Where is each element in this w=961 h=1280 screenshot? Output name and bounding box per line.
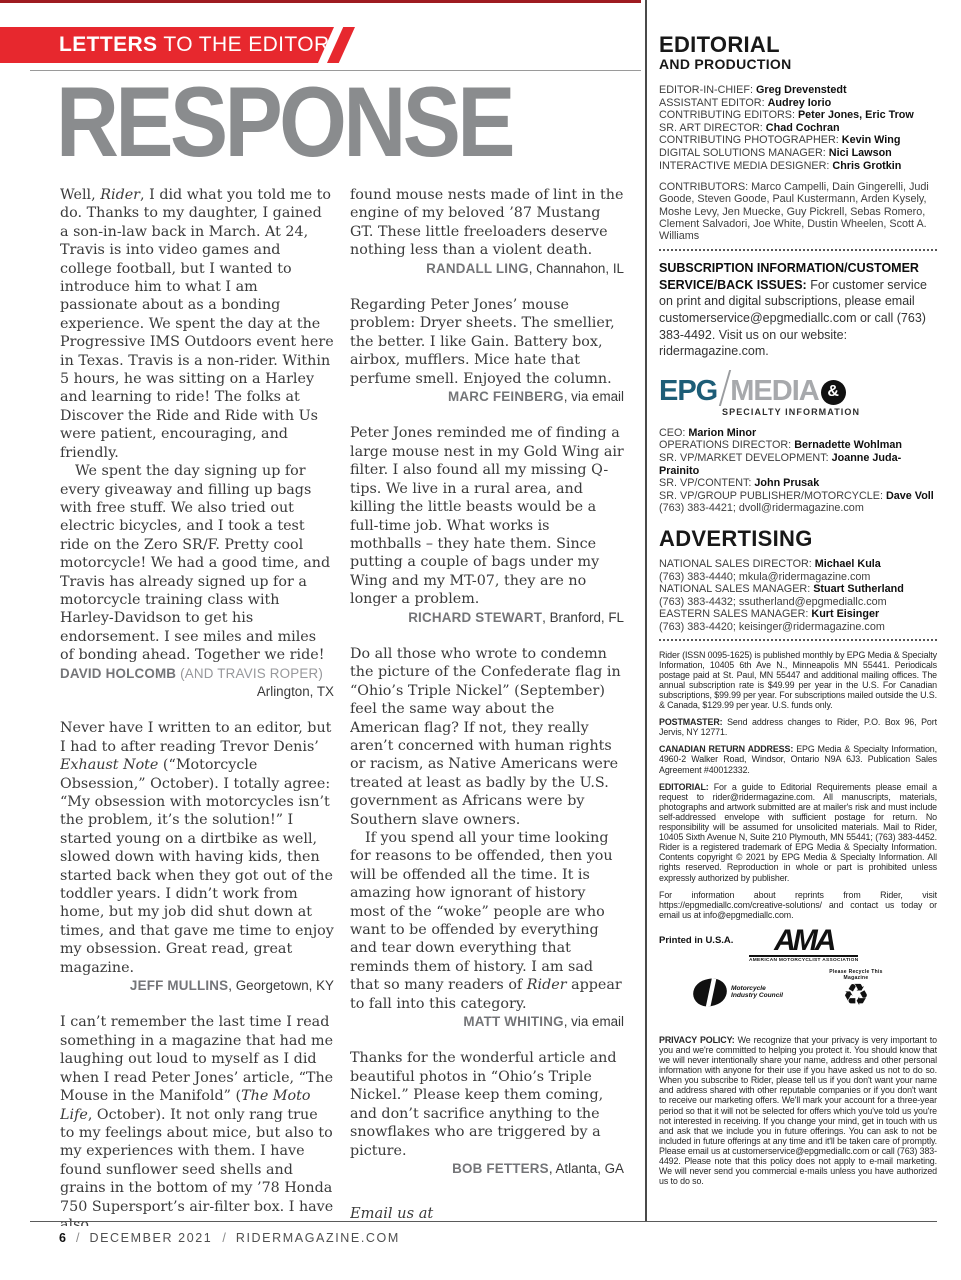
staff-credit: ASSISTANT EDITOR: Audrey Iorio xyxy=(659,97,937,110)
editorial-fine-print: EDITORIAL: For a guide to Editorial Requ… xyxy=(659,782,937,883)
advertising-staff-list: NATIONAL SALES DIRECTOR: Michael Kula (7… xyxy=(659,558,937,634)
staff-credit: EASTERN SALES MANAGER: Kurt Eisinger xyxy=(659,608,937,621)
masthead-sidebar: EDITORIAL AND PRODUCTION EDITOR-IN-CHIEF… xyxy=(659,33,937,1223)
staff-contact: (763) 383-4420; keisinger@ridermagazine.… xyxy=(659,621,937,634)
recycle-logo: Please Recycle This Magazine ♻ xyxy=(817,969,895,1011)
publication-fine-print: Rider (ISSN 0095-1625) is published mont… xyxy=(659,650,937,711)
staff-credit: NATIONAL SALES MANAGER: Stuart Sutherlan… xyxy=(659,583,937,596)
subscription-info: SUBSCRIPTION INFORMATION/CUSTOMER SERVIC… xyxy=(659,260,937,360)
mic-wheel-icon xyxy=(690,975,730,1009)
banner-label-rest: TO THE EDITOR xyxy=(157,33,329,57)
staff-contact: (763) 383-4432; ssutherland@epgmediallc.… xyxy=(659,596,937,609)
letter-signature: RANDALL LING, Channahon, IL xyxy=(350,260,624,278)
staff-credit: SR. VP/MARKET DEVELOPMENT: Joanne Juda-P… xyxy=(659,452,937,477)
mic-logo-caption: Motorcycle Industry Council xyxy=(731,985,785,1000)
letter-paragraph: Never have I written to an editor, but I… xyxy=(60,719,334,977)
letters-column-1: Well, Rider, I did what you told me to d… xyxy=(60,186,334,1226)
staff-credit: SR. VP/CONTENT: John Prusak xyxy=(659,477,937,490)
staff-contact: (763) 383-4440; mkula@ridermagazine.com xyxy=(659,571,937,584)
footer-separator: / xyxy=(76,1231,79,1245)
letter-signature: MATT WHITING, via email xyxy=(350,1013,624,1031)
advertising-heading: ADVERTISING xyxy=(659,527,937,550)
letter-paragraph: We spent the day signing up for every gi… xyxy=(60,462,334,664)
letter-signature: MARC FEINBERG, via email xyxy=(350,388,624,406)
dotted-divider xyxy=(659,639,937,641)
column-divider-rule xyxy=(645,0,647,1221)
printed-in-usa-label: Printed in U.S.A. xyxy=(659,935,733,946)
letter-signature: DAVID HOLCOMB (AND TRAVIS ROPER) xyxy=(60,665,334,683)
staff-credit: SR. VP/GROUP PUBLISHER/MOTORCYCLE: Dave … xyxy=(659,490,937,503)
staff-credit: NATIONAL SALES DIRECTOR: Michael Kula xyxy=(659,558,937,571)
canadian-return-fine-print: CANADIAN RETURN ADDRESS: EPG Media & Spe… xyxy=(659,744,937,774)
top-accent-rule xyxy=(0,0,641,3)
page-title: RESPONSE xyxy=(56,72,512,171)
letter-paragraph: Peter Jones reminded me of finding a lar… xyxy=(350,424,624,608)
letter-paragraph: Do all those who wrote to condemn the pi… xyxy=(350,645,624,829)
letters-column-2: found mouse nests made of lint in the en… xyxy=(350,186,624,1226)
postmaster-fine-print: POSTMASTER: Send address changes to Ride… xyxy=(659,717,937,737)
letters-to-editor-banner: LETTERS TO THE EDITOR xyxy=(0,27,334,63)
letter-signature: BOB FETTERS, Atlanta, GA xyxy=(350,1160,624,1178)
staff-credit: CEO: Marion Minor xyxy=(659,427,937,440)
letter-paragraph: I can’t remember the last time I read so… xyxy=(60,1013,334,1226)
letter-paragraph: found mouse nests made of lint in the en… xyxy=(350,186,624,260)
letter-signature: JEFF MULLINS, Georgetown, KY xyxy=(60,977,334,995)
ama-logo: AMA AMERICAN MOTORCYCLIST ASSOCIATION xyxy=(749,927,858,963)
staff-credit: OPERATIONS DIRECTOR: Bernadette Wohlman xyxy=(659,439,937,452)
editorial-subheading: AND PRODUCTION xyxy=(659,56,937,72)
editorial-heading: EDITORIAL xyxy=(659,33,937,56)
corporate-staff-list: CEO: Marion Minor OPERATIONS DIRECTOR: B… xyxy=(659,427,937,515)
ama-logo-text: AMA xyxy=(749,927,858,954)
staff-credit: DIGITAL SOLUTIONS MANAGER: Nici Lawson xyxy=(659,147,937,160)
magazine-page: LETTERS TO THE EDITOR RESPONSE Well, Rid… xyxy=(0,0,961,1280)
page-number: 6 xyxy=(59,1231,66,1245)
issue-date: DECEMBER 2021 xyxy=(89,1231,212,1245)
staff-credit: CONTRIBUTING PHOTOGRAPHER: Kevin Wing xyxy=(659,134,937,147)
page-footer: 6 / DECEMBER 2021 / RIDERMAGAZINE.COM xyxy=(59,1231,400,1245)
letter-paragraph: Thanks for the wonderful article and bea… xyxy=(350,1049,624,1159)
letter-signature: RICHARD STEWART, Branford, FL xyxy=(350,609,624,627)
recycle-icon: ♻ xyxy=(817,981,895,1011)
association-logos: Printed in U.S.A. AMA AMERICAN MOTORCYCL… xyxy=(659,927,937,1029)
email-us-note: Email us at rider@ridermagazine.com. xyxy=(350,1204,624,1226)
footer-rule xyxy=(30,1221,937,1222)
epg-ampersand-badge: & xyxy=(821,380,846,405)
staff-contact: (763) 383-4421; dvoll@ridermagazine.com xyxy=(659,502,937,515)
editorial-staff-list: EDITOR-IN-CHIEF: Greg Drevenstedt ASSIST… xyxy=(659,84,937,172)
epg-media-text: MEDIA xyxy=(730,377,818,406)
dotted-divider xyxy=(659,249,937,251)
staff-credit: CONTRIBUTING EDITORS: Peter Jones, Eric … xyxy=(659,109,937,122)
epg-media-logo: EPG MEDIA & SPECIALTY INFORMATION xyxy=(659,370,937,417)
website-url: RIDERMAGAZINE.COM xyxy=(236,1231,400,1245)
reprints-fine-print: For information about reprints from Ride… xyxy=(659,890,937,920)
staff-credit: EDITOR-IN-CHIEF: Greg Drevenstedt xyxy=(659,84,937,97)
letter-paragraph: Regarding Peter Jones’ mouse problem: Dr… xyxy=(350,296,624,388)
banner-label-bold: LETTERS xyxy=(59,33,157,57)
letter-signature-location: Arlington, TX xyxy=(60,683,334,701)
mic-logo: Motorcycle Industry Council xyxy=(693,979,785,1006)
staff-credit: SR. ART DIRECTOR: Chad Cochran xyxy=(659,122,937,135)
letter-paragraph: If you spend all your time looking for r… xyxy=(350,829,624,1013)
privacy-policy: PRIVACY POLICY: We recognize that your p… xyxy=(659,1035,937,1186)
contributors-list: CONTRIBUTORS: Marco Campelli, Dain Ginge… xyxy=(659,181,937,242)
staff-credit: INTERACTIVE MEDIA DESIGNER: Chris Grotki… xyxy=(659,160,937,173)
footer-separator: / xyxy=(222,1231,225,1245)
epg-tagline: SPECIALTY INFORMATION xyxy=(722,407,937,417)
epg-logo-text: EPG xyxy=(659,377,717,406)
letter-paragraph: Well, Rider, I did what you told me to d… xyxy=(60,186,334,462)
